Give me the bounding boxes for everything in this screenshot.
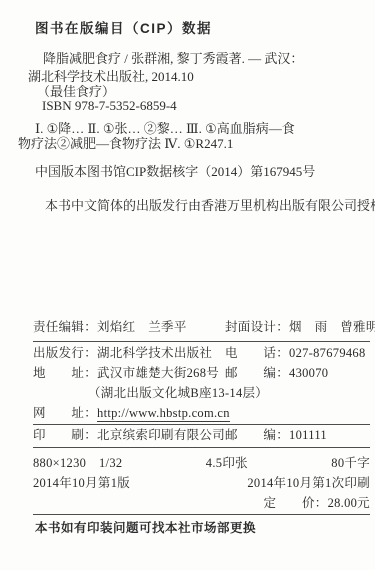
edition-info: 2014年10月第1版: [33, 476, 130, 490]
cip-record-line-2: 湖北科学技术出版社, 2014.10: [28, 70, 194, 85]
publisher-label: 出版发行：: [33, 346, 97, 360]
cip-heading: 图书在版编目（CIP）数据: [35, 21, 212, 37]
editor-row: 责任编辑：刘焰红 兰季平 封面设计：烟 雨 曾雅明: [33, 320, 370, 334]
price-value: 28.00元: [328, 496, 370, 510]
price-row: 定 价：28.00元: [33, 496, 370, 510]
cip-isbn: ISBN 978-7-5352-6859-4: [42, 99, 177, 114]
cip-classification-line-2: 物疗法②减肥—食物疗法 Ⅳ. ①R247.1: [18, 137, 233, 152]
word-count: 80千字: [331, 456, 370, 470]
bottom-note: 本书如有印装问题可找本社市场部更换: [35, 521, 256, 535]
cover-design-label: 封面设计：: [225, 320, 289, 334]
phone-number: 027-87679468: [289, 346, 366, 360]
price-label: 定 价：: [264, 496, 328, 510]
cip-record-line-1: 降脂减肥食疗 / 张群湘, 黎丁秀霞著. — 武汉：: [43, 52, 303, 67]
address-label: 地 址：: [33, 366, 97, 380]
publisher-name: 湖北科学技术出版社: [97, 346, 212, 360]
address-row: 地 址：武汉市雄楚大街268号 邮 编：430070: [33, 366, 370, 380]
website-url: http://www.hbstp.com.cn: [97, 406, 230, 422]
printer-label: 印 刷：: [33, 428, 97, 442]
phone-label: 电 话：: [225, 346, 289, 360]
zip-label: 邮 编：: [225, 366, 289, 380]
divider-rule: [33, 424, 370, 425]
printed-sheets: 4.5印张: [206, 456, 248, 470]
address-value: 武汉市雄楚大街268号: [97, 366, 219, 380]
copyright-page: 图书在版编目（CIP）数据 降脂减肥食疗 / 张群湘, 黎丁秀霞著. — 武汉：…: [0, 0, 375, 570]
printer-name: 北京缤索印刷有限公司: [97, 428, 225, 442]
zip-code: 430070: [289, 366, 328, 380]
printer-zip-label: 邮 编：: [225, 428, 289, 442]
sheet-size: 880×1230 1/32: [33, 456, 122, 470]
divider-rule: [33, 341, 370, 342]
address-extra-row: （湖北出版文化城B座13-14层）: [33, 386, 370, 400]
divider-rule: [33, 447, 370, 448]
cover-design-names: 烟 雨 曾雅明: [289, 320, 375, 334]
license-statement: 本书中文简体的出版发行由香港万里机构出版有限公司授权: [45, 199, 375, 214]
editor-label: 责任编辑：: [33, 320, 97, 334]
website-row: 网 址：http://www.hbstp.com.cn: [33, 406, 370, 420]
printer-zip-code: 101111: [289, 428, 327, 442]
cip-record-number: 中国版本图书馆CIP数据核字（2014）第167945号: [35, 165, 315, 180]
editor-names: 刘焰红 兰季平: [97, 320, 187, 334]
edition-row: 2014年10月第1版 2014年10月第1次印刷: [33, 476, 370, 490]
cip-classification-line-1: Ⅰ. ①降… Ⅱ. ①张… ②黎… Ⅲ. ①高血脂病—食: [35, 122, 295, 137]
format-row: 880×1230 1/32 4.5印张 80千字: [33, 456, 370, 470]
address-line2: （湖北出版文化城B座13-14层）: [88, 386, 268, 400]
printing-info: 2014年10月第1次印刷: [247, 476, 370, 490]
website-label: 网 址：: [33, 406, 97, 420]
divider-rule: [33, 514, 370, 515]
printer-row: 印 刷：北京缤索印刷有限公司 邮 编：101111: [33, 428, 370, 442]
publisher-row: 出版发行：湖北科学技术出版社 电 话：027-87679468: [33, 346, 370, 360]
